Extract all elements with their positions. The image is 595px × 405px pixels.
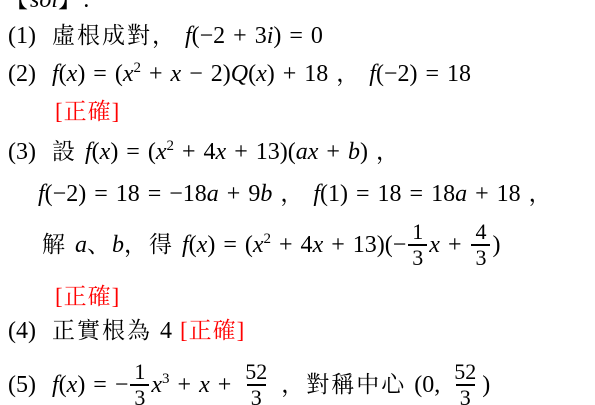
math-text: ) = ( xyxy=(110,133,156,171)
cjk-text: ， xyxy=(529,175,554,213)
verdict-label: [正確] xyxy=(55,282,120,312)
math-variable: x xyxy=(67,55,78,93)
math-text: ) xyxy=(482,366,490,404)
math-text xyxy=(67,226,75,264)
math-variable: a xyxy=(207,175,219,213)
step-5-line: (5) f(x) = −13x3 + x + 523 ，對稱中心 (0, 523… xyxy=(8,366,490,404)
superscript: 2 xyxy=(264,220,272,258)
math-text: ( xyxy=(59,55,67,93)
step-3-line-2: f(−2) = 18 = −18a + 9b ， f(1) = 18 = 18a… xyxy=(38,175,554,213)
fraction-numerator: 4 xyxy=(471,220,490,244)
math-variable: f xyxy=(52,55,59,93)
math-variable: sol xyxy=(30,0,58,14)
math-text: ) = ( xyxy=(207,226,253,264)
verdict-step-3: [正確] xyxy=(55,282,120,312)
math-text: + 13)( xyxy=(226,133,296,171)
math-text: ( xyxy=(248,55,256,93)
step-2-line: (2) f(x) = (x2 + x − 2)Q(x) + 18 ， f(−2)… xyxy=(8,55,471,93)
fraction-denominator: 3 xyxy=(408,244,427,270)
superscript: 3 xyxy=(162,360,170,398)
math-text xyxy=(305,175,313,213)
verdict-label: [正確] xyxy=(180,312,245,350)
math-variable: x xyxy=(429,226,440,264)
math-text: + 13)(− xyxy=(323,226,406,264)
math-text: + xyxy=(440,226,470,264)
math-text: + 18 xyxy=(467,175,529,213)
math-text xyxy=(273,366,281,404)
superscript: 2 xyxy=(134,49,142,87)
math-text xyxy=(174,226,182,264)
math-text: ( xyxy=(59,366,67,404)
math-text: + 4 xyxy=(174,133,216,171)
fraction-numerator: 1 xyxy=(130,360,149,384)
math-text: ) = ( xyxy=(77,55,123,93)
math-text: ) = 0 xyxy=(273,17,323,55)
cjk-text: ， xyxy=(280,175,305,213)
verdict-label: [正確] xyxy=(55,97,120,127)
math-variable: f xyxy=(369,55,376,93)
math-variable: ax xyxy=(296,133,319,171)
math-text xyxy=(77,133,85,171)
math-variable: f xyxy=(185,17,192,55)
verdict-step-2: [正確] xyxy=(55,97,120,127)
math-variable: Q xyxy=(231,55,248,93)
fraction: 523 xyxy=(241,360,271,405)
math-text: + xyxy=(170,366,200,404)
fraction: 13 xyxy=(408,220,427,270)
math-variable: i xyxy=(267,17,274,55)
cjk-text: ， xyxy=(376,133,401,171)
math-variable: x xyxy=(67,366,78,404)
math-variable: x xyxy=(313,226,324,264)
math-text xyxy=(272,175,280,213)
math-text: (4) xyxy=(8,312,52,350)
math-variable: f xyxy=(182,226,189,264)
math-text: ) + 18 xyxy=(267,55,337,93)
superscript: 2 xyxy=(167,127,175,165)
math-variable: f xyxy=(313,175,320,213)
math-variable: b xyxy=(348,133,360,171)
math-text: − 2) xyxy=(181,55,231,93)
cjk-text: ，對稱中心 xyxy=(281,366,406,404)
cjk-text: 正實根為 xyxy=(52,312,152,350)
math-text xyxy=(361,55,369,93)
cjk-text: 【 xyxy=(5,0,30,14)
fraction-denominator: 3 xyxy=(456,384,475,405)
step-3-line-3: 解 a、b，得 f(x) = (x2 + 4x + 13)(−13x + 43) xyxy=(42,226,500,264)
math-variable: x xyxy=(253,226,264,264)
fraction-denominator: 3 xyxy=(471,244,490,270)
math-variable: x xyxy=(256,55,267,93)
cjk-text: 】 xyxy=(58,0,83,14)
solution-document: 【sol】:(1) 虛根成對， f(−2 + 3i) = 0(2) f(x) =… xyxy=(0,0,595,405)
fraction: 523 xyxy=(450,360,480,405)
math-text: + 4 xyxy=(271,226,313,264)
math-text: (−2) = 18 = −18 xyxy=(45,175,207,213)
math-text: (0, xyxy=(406,366,448,404)
math-variable: x xyxy=(123,55,134,93)
math-text: ) xyxy=(492,226,500,264)
fraction: 13 xyxy=(130,360,149,405)
fraction-numerator: 52 xyxy=(241,360,271,384)
math-text: ) = − xyxy=(77,366,128,404)
cjk-text: 虛根成對， xyxy=(52,17,177,55)
math-text xyxy=(177,17,185,55)
fraction: 43 xyxy=(471,220,490,270)
math-variable: x xyxy=(197,226,208,264)
cjk-text: 設 xyxy=(52,133,77,171)
math-variable: b xyxy=(112,226,124,264)
math-text: + xyxy=(318,133,348,171)
fraction-denominator: 3 xyxy=(247,384,266,405)
fraction-denominator: 3 xyxy=(130,384,149,405)
math-variable: x xyxy=(199,366,210,404)
math-variable: x xyxy=(151,366,162,404)
math-text: + 9 xyxy=(219,175,261,213)
cjk-text: ， xyxy=(336,55,361,93)
math-variable: x xyxy=(100,133,111,171)
math-variable: f xyxy=(85,133,92,171)
math-variable: x xyxy=(156,133,167,171)
math-text: (2) xyxy=(8,55,52,93)
math-text: (1) = 18 = 18 xyxy=(320,175,455,213)
math-text: + xyxy=(210,366,240,404)
solution-header: 【sol】: xyxy=(5,0,90,14)
math-variable: f xyxy=(38,175,45,213)
step-3-line-1: (3) 設 f(x) = (x2 + 4x + 13)(ax + b) ， xyxy=(8,133,401,171)
math-text: (5) xyxy=(8,366,52,404)
step-1-line: (1) 虛根成對， f(−2 + 3i) = 0 xyxy=(8,17,323,55)
math-variable: b xyxy=(260,175,272,213)
math-variable: f xyxy=(52,366,59,404)
math-text: (1) xyxy=(8,17,52,55)
math-text: + xyxy=(141,55,171,93)
math-text: (−2) = 18 xyxy=(376,55,471,93)
cjk-text: ，得 xyxy=(124,226,174,264)
math-text: : xyxy=(83,0,90,14)
fraction-numerator: 1 xyxy=(408,220,427,244)
math-variable: x xyxy=(216,133,227,171)
step-4-line: (4) 正實根為 4 [正確] xyxy=(8,312,245,350)
math-variable: x xyxy=(171,55,182,93)
fraction-numerator: 52 xyxy=(450,360,480,384)
math-text: 4 xyxy=(152,312,180,350)
math-text: ( xyxy=(92,133,100,171)
math-variable: a xyxy=(75,226,87,264)
math-text: ( xyxy=(189,226,197,264)
cjk-text: 解 xyxy=(42,226,67,264)
math-variable: a xyxy=(455,175,467,213)
math-text: (3) xyxy=(8,133,52,171)
math-text: ) xyxy=(360,133,376,171)
cjk-text: 、 xyxy=(87,226,112,264)
math-text: (−2 + 3 xyxy=(192,17,267,55)
